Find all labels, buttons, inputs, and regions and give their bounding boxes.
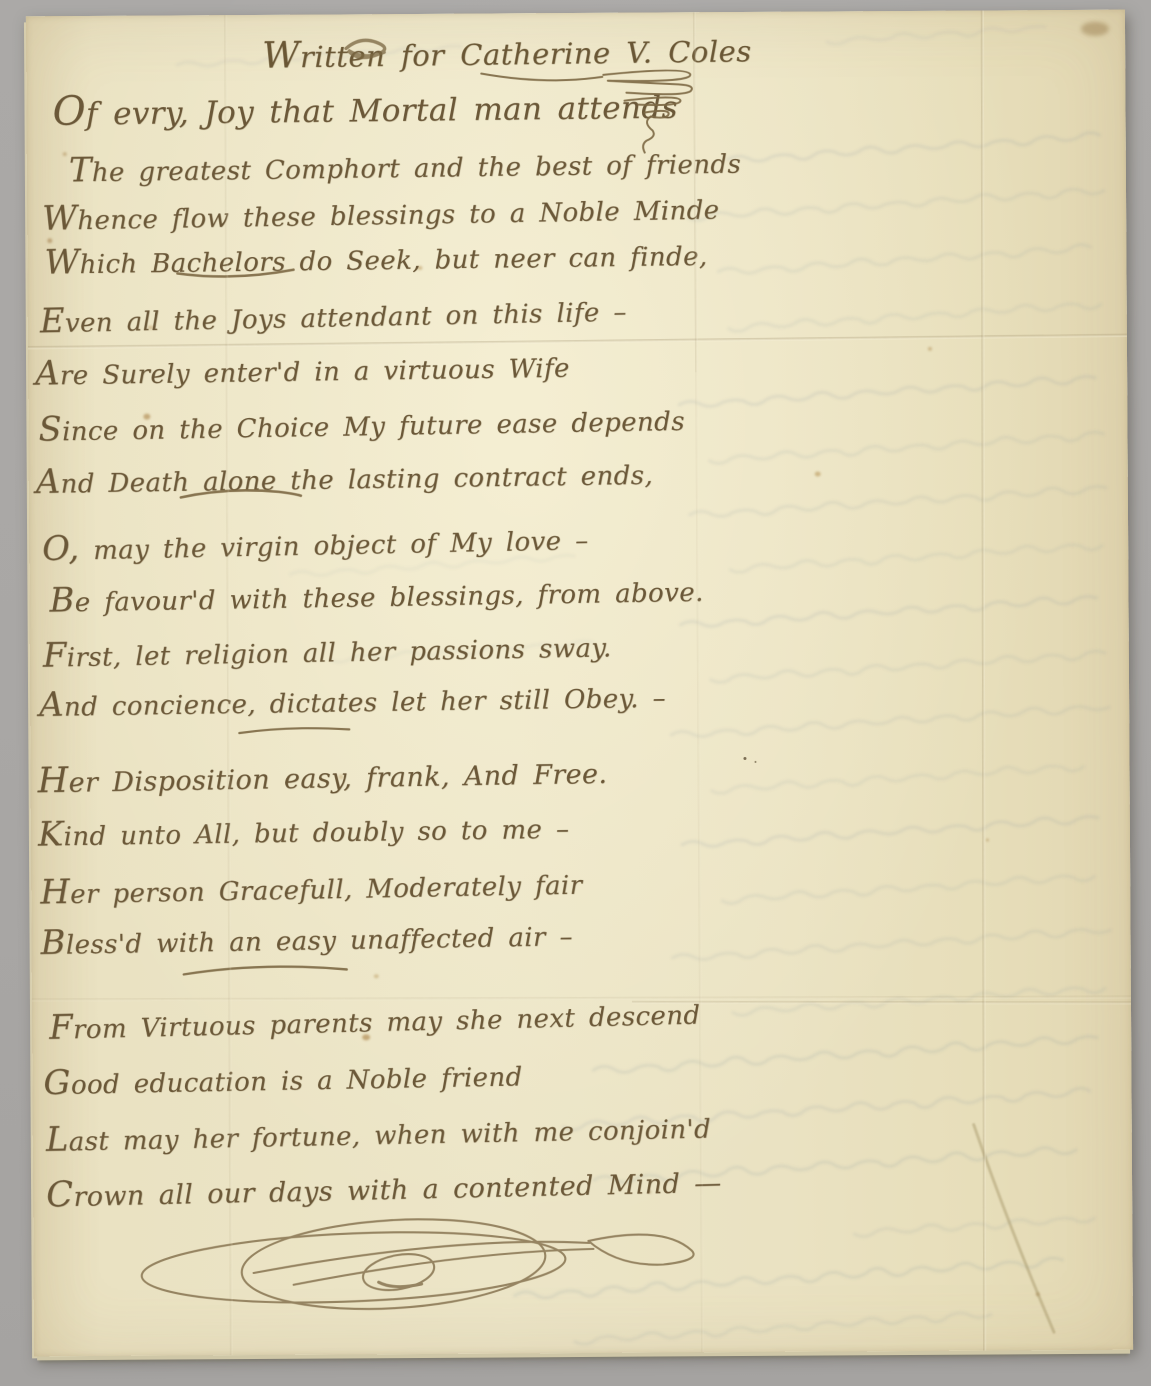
photographed-manuscript: Written for Catherine V. Coles Of evry, … (0, 0, 1151, 1386)
stanza-rule-2 (239, 728, 349, 733)
crease-streak (974, 1124, 1054, 1332)
title-loop-flourish-2 (624, 97, 680, 105)
ink-blot-scribble (346, 40, 385, 57)
ink-flourishes (26, 10, 1133, 1357)
do-seek-underline (177, 270, 293, 277)
end-flourish (140, 1210, 694, 1317)
title-underline-flourish (481, 73, 602, 81)
manuscript-paper: Written for Catherine V. Coles Of evry, … (26, 10, 1133, 1357)
title-loop-flourish (603, 70, 692, 94)
stanza-rule-3 (184, 966, 347, 974)
title-squiggle-tail (643, 111, 669, 153)
stanza-rule-1 (181, 490, 301, 497)
